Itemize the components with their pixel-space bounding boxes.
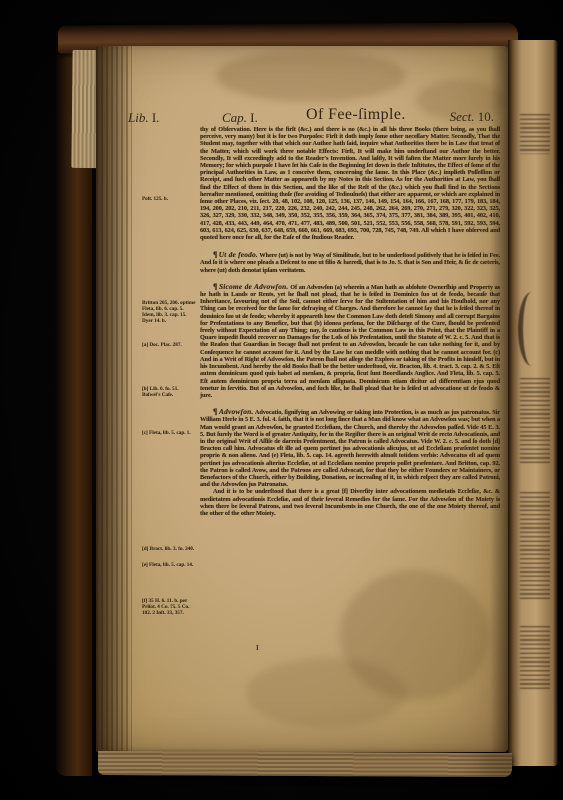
margin-note: [a] Doc. Plac. 287. (142, 342, 196, 348)
signature-mark: I (256, 644, 259, 652)
text-smudge (520, 626, 550, 690)
text-smudge (520, 378, 550, 464)
body-text: thy of Obſervation. Here is the firſt (&… (200, 126, 500, 517)
header-lib: Lib. I. (128, 110, 159, 126)
page-title: Of Fee-ſimple. (306, 106, 406, 124)
photo-backdrop: Lib. I. Cap. I. Of Fee-ſimple. Sect. 10.… (0, 0, 563, 800)
pilcrow-icon: ¶ (213, 282, 217, 291)
header-sect: Sect. 10. (450, 109, 494, 125)
header-cap: Cap. I. (222, 110, 258, 126)
facing-page-edge (508, 40, 558, 766)
margin-note: [e] Fleta, lib. 5. cap. 14. (142, 562, 196, 568)
paragraph: ¶ Advowſon. Advocatio, ſignifying an Adv… (200, 408, 500, 488)
paragraph-lead: Sicome de Advowſon. (219, 282, 289, 291)
stain (246, 658, 406, 728)
stain (216, 50, 406, 102)
gutter-shadow (96, 46, 132, 752)
paragraph: thy of Obſervation. Here is the firſt (&… (200, 126, 500, 241)
margin-note: [c] Fleta, lib. 5. cap. 1. (142, 430, 196, 436)
pilcrow-icon: ¶ (213, 407, 217, 416)
margin-note: [b] Lib. 6. fo. 51. Boſwel's Caſe. (142, 386, 196, 398)
paragraph: And it is to be underſtood that there is… (200, 488, 500, 517)
margin-note: Poſt. 125. b. (142, 196, 196, 202)
text-smudge (520, 492, 550, 602)
margin-note: [d] Bract. lib. 3. fo. 240. (142, 546, 196, 552)
book: Lib. I. Cap. I. Of Fee-ſimple. Sect. 10.… (56, 24, 558, 778)
paragraph-lead: Advowſon. (219, 407, 253, 416)
page: Lib. I. Cap. I. Of Fee-ſimple. Sect. 10.… (96, 46, 508, 752)
paragraph: ¶ Ut de feodo. Where (ut) is not by Way … (200, 251, 500, 274)
text-smudge (518, 292, 545, 366)
pilcrow-icon: ¶ (213, 250, 217, 259)
paragraph: ¶ Sicome de Advowſon. Of an Advowſon (a)… (200, 283, 500, 399)
paragraph-lead: Ut de feodo. (219, 250, 258, 259)
margin-note: [f] 35 H. 6. 11. b. per Priſot. 4 Co. 75… (142, 598, 196, 616)
text-smudge (520, 114, 550, 154)
margin-note: Britton 205, 206. optime Fleta, lib. 6. … (142, 300, 196, 324)
bottom-page-edges (98, 751, 512, 777)
